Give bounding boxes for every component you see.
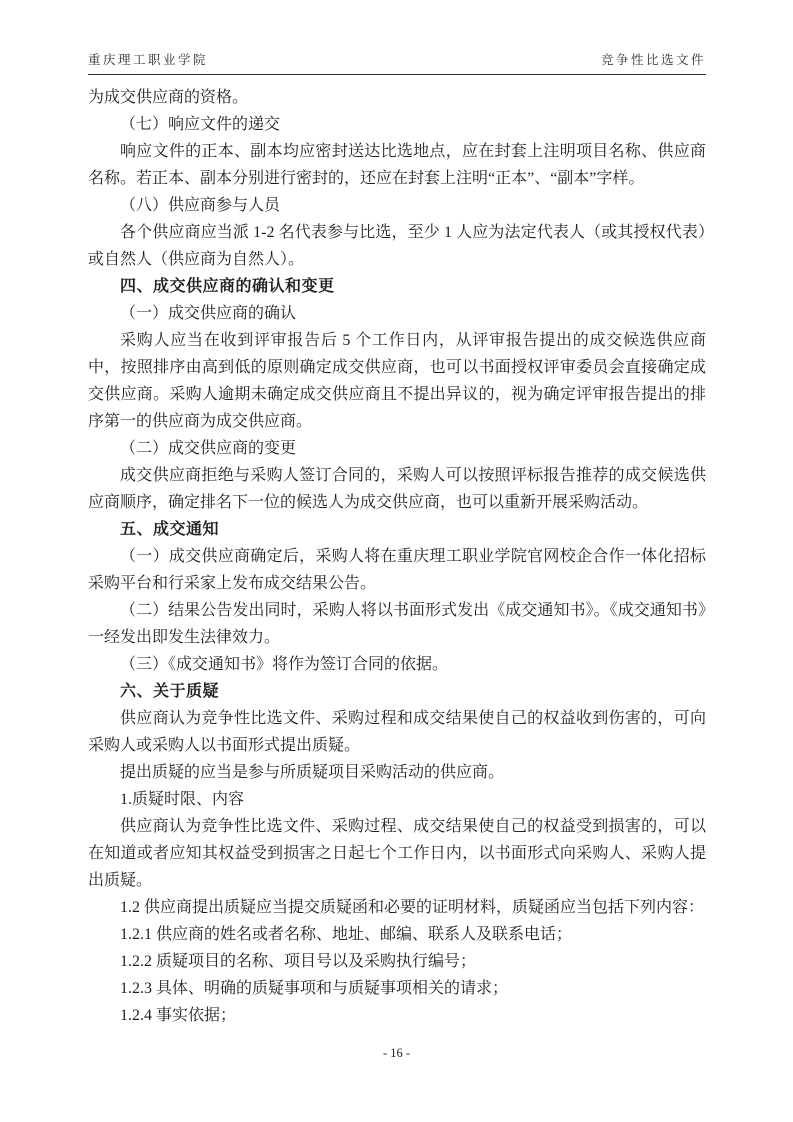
- paragraph: 供应商认为竞争性比选文件、采购过程、成交结果使自己的权益受到损害的，可以在知道或…: [88, 813, 706, 894]
- section-heading: 六、关于质疑: [88, 678, 706, 705]
- paragraph: 采购人应当在收到评审报告后 5 个工作日内，从评审报告提出的成交候选供应商中，按…: [88, 327, 706, 435]
- paragraph: 各个供应商应当派 1-2 名代表参与比选，至少 1 人应为法定代表人（或其授权代…: [88, 219, 706, 273]
- paragraph: 为成交供应商的资格。: [88, 84, 706, 111]
- header-org-name: 重庆理工职业学院: [88, 50, 208, 68]
- paragraph: 1.质疑时限、内容: [88, 786, 706, 813]
- paragraph: 1.2.2 质疑项目的名称、项目号以及采购执行编号；: [88, 948, 706, 975]
- paragraph: （八）供应商参与人员: [88, 192, 706, 219]
- paragraph: 响应文件的正本、副本均应密封送达比选地点，应在封套上注明项目名称、供应商名称。若…: [88, 138, 706, 192]
- page-footer: - 16 -: [0, 1046, 793, 1061]
- paragraph: （七）响应文件的递交: [88, 111, 706, 138]
- paragraph: 1.2.3 具体、明确的质疑事项和与质疑事项相关的请求；: [88, 975, 706, 1002]
- section-heading: 五、成交通知: [88, 516, 706, 543]
- page-header: 重庆理工职业学院 竞争性比选文件: [88, 50, 706, 75]
- paragraph: （三）《成交通知书》将作为签订合同的依据。: [88, 651, 706, 678]
- paragraph: （二）结果公告发出同时，采购人将以书面形式发出《成交通知书》。《成交通知书》一经…: [88, 597, 706, 651]
- paragraph: （一）成交供应商的确认: [88, 300, 706, 327]
- section-heading: 四、成交供应商的确认和变更: [88, 273, 706, 300]
- paragraph: 1.2 供应商提出质疑应当提交质疑函和必要的证明材料，质疑函应当包括下列内容：: [88, 894, 706, 921]
- paragraph: 1.2.1 供应商的姓名或者名称、地址、邮编、联系人及联系电话；: [88, 921, 706, 948]
- paragraph: 供应商认为竞争性比选文件、采购过程和成交结果使自己的权益收到伤害的，可向采购人或…: [88, 705, 706, 759]
- paragraph: 1.2.4 事实依据；: [88, 1002, 706, 1029]
- header-doc-type: 竞争性比选文件: [601, 50, 706, 68]
- paragraph: （一）成交供应商确定后，采购人将在重庆理工职业学院官网校企合作一体化招标采购平台…: [88, 543, 706, 597]
- paragraph: （二）成交供应商的变更: [88, 435, 706, 462]
- page-number: - 16 -: [383, 1046, 410, 1060]
- document-page: 重庆理工职业学院 竞争性比选文件 为成交供应商的资格。（七）响应文件的递交响应文…: [0, 0, 793, 1122]
- paragraph: 成交供应商拒绝与采购人签订合同的，采购人可以按照评标报告推荐的成交候选供应商顺序…: [88, 462, 706, 516]
- document-body: 为成交供应商的资格。（七）响应文件的递交响应文件的正本、副本均应密封送达比选地点…: [88, 84, 706, 1029]
- paragraph: 提出质疑的应当是参与所质疑项目采购活动的供应商。: [88, 759, 706, 786]
